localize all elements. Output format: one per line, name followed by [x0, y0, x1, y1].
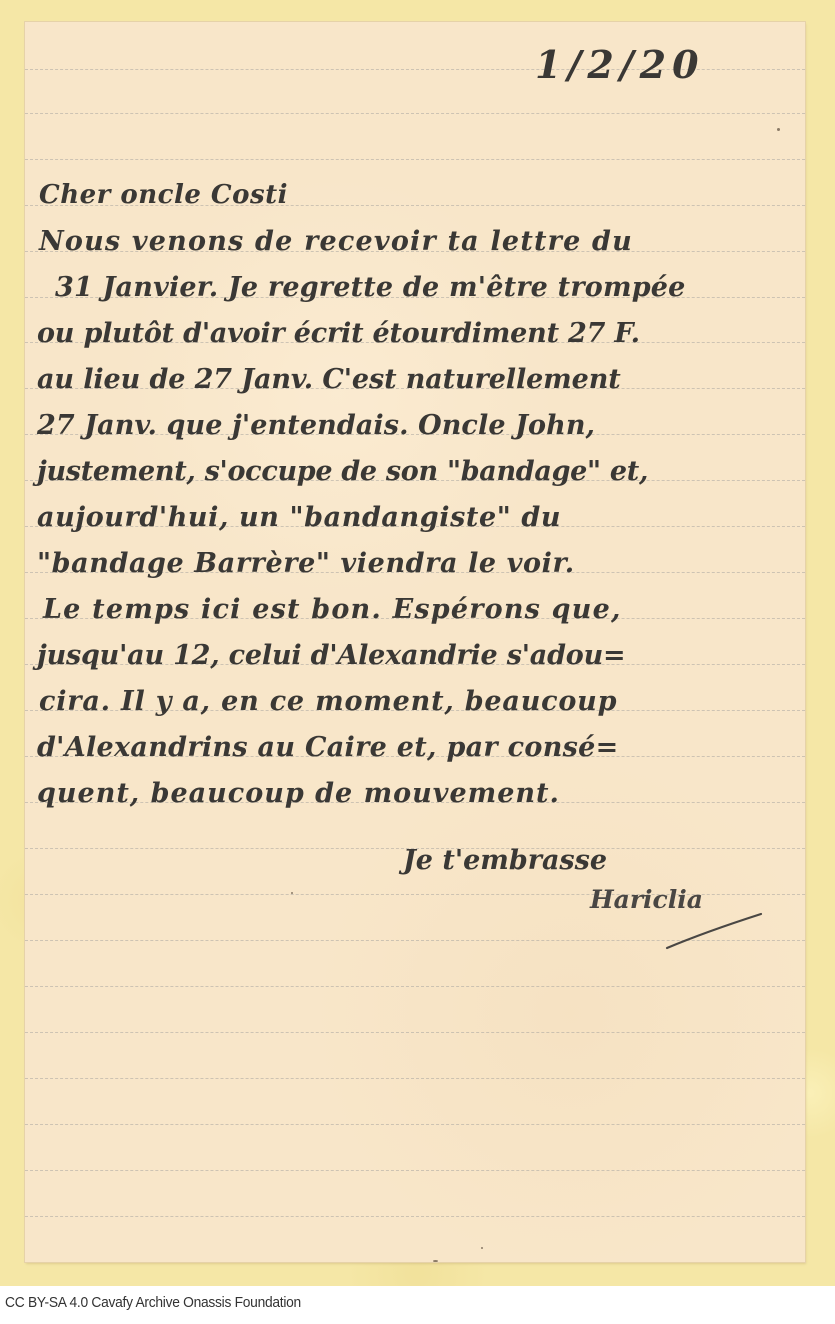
letter-line: d'Alexandrins au Caire et, par consé=: [37, 734, 619, 761]
letter-sheet: 1/2/20 Cher oncle Costi Nous venons de r…: [25, 22, 805, 1262]
letter-line: justement, s'occupe de son "bandage" et,: [37, 458, 648, 485]
letter-line: aujourd'hui, un "bandangiste" du: [37, 504, 561, 531]
ruled-line: [25, 1078, 805, 1079]
paper-speck: [777, 128, 780, 131]
ruled-line: [25, 113, 805, 114]
letter-closing: Je t'embrasse: [403, 845, 607, 876]
license-caption: CC BY-SA 4.0 Cavafy Archive Onassis Foun…: [5, 1294, 301, 1311]
letter-line: 31 Janvier. Je regrette de m'être trompé…: [55, 274, 686, 301]
letter-line: jusqu'au 12, celui d'Alexandrie s'adou=: [37, 642, 625, 669]
letter-line: Nous venons de recevoir ta lettre du: [39, 228, 633, 255]
letter-line: "bandage Barrère" viendra le voir.: [37, 550, 575, 577]
ruled-line: [25, 159, 805, 160]
paper-speck: [433, 1260, 438, 1262]
ruled-line: [25, 1032, 805, 1033]
letter-date: 1/2/20: [535, 42, 705, 87]
letter-salutation: Cher oncle Costi: [39, 182, 288, 208]
letter-line: 27 Janv. que j'entendais. Oncle John,: [37, 412, 595, 439]
signature-flourish-icon: [665, 910, 765, 950]
letter-line: ou plutôt d'avoir écrit étourdiment 27 F…: [37, 320, 640, 347]
paper-speck: [481, 1247, 483, 1249]
ruled-line: [25, 1170, 805, 1171]
letter-line: quent, beaucoup de mouvement.: [37, 780, 560, 807]
letter-line: Le temps ici est bon. Espérons que,: [43, 596, 622, 623]
letter-line: cira. Il y a, en ce moment, beaucoup: [39, 688, 617, 715]
ruled-line: [25, 1124, 805, 1125]
letter-line: au lieu de 27 Janv. C'est naturellement: [37, 366, 621, 393]
ruled-line: [25, 1216, 805, 1217]
scan-background: 1/2/20 Cher oncle Costi Nous venons de r…: [0, 0, 835, 1286]
paper-speck: [291, 892, 293, 894]
ruled-line: [25, 986, 805, 987]
